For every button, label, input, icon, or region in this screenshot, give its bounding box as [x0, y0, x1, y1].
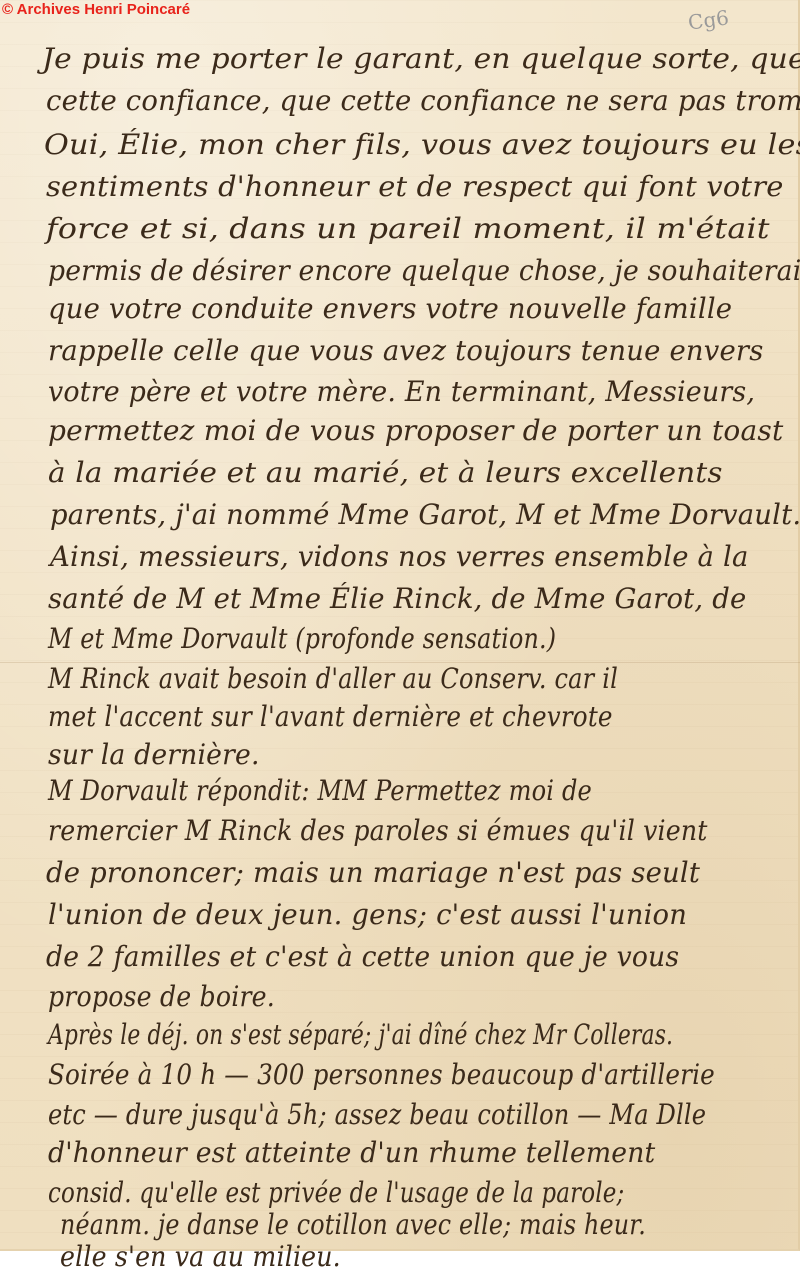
- text-line: votre père et votre mère. En terminant, …: [48, 375, 755, 408]
- text-line: sentiments d'honneur et de respect qui f…: [46, 170, 783, 203]
- handwritten-text: Je puis me porter le garant, en quelque …: [0, 0, 800, 1251]
- text-line: sur la dernière.: [48, 738, 260, 771]
- text-line: permis de désirer encore quelque chose, …: [48, 254, 800, 287]
- text-line: Après le déj. on s'est séparé; j'ai dîné…: [48, 1018, 673, 1051]
- text-line: de 2 familles et c'est à cette union que…: [46, 940, 679, 973]
- text-line: santé de M et Mme Élie Rinck, de Mme Gar…: [48, 582, 746, 615]
- text-line: permettez moi de vous proposer de porter…: [48, 414, 783, 447]
- text-line: l'union de deux jeun. gens; c'est aussi …: [48, 898, 687, 931]
- text-line: néanm. je danse le cotillon avec elle; m…: [60, 1208, 646, 1241]
- text-line: M Rinck avait besoin d'aller au Conserv.…: [48, 662, 618, 695]
- manuscript-page: © Archives Henri Poincaré Cg6 Je puis me…: [0, 0, 800, 1251]
- text-line: de prononcer; mais un mariage n'est pas …: [46, 856, 700, 889]
- text-line: etc — dure jusqu'à 5h; assez beau cotill…: [48, 1098, 706, 1131]
- text-line: elle s'en va au milieu.: [60, 1240, 341, 1251]
- text-line: rappelle celle que vous avez toujours te…: [48, 334, 764, 367]
- text-line: remercier M Rinck des paroles si émues q…: [48, 814, 708, 847]
- text-line: à la mariée et au marié, et à leurs exce…: [48, 456, 723, 489]
- text-line: consid. qu'elle est privée de l'usage de…: [48, 1176, 624, 1209]
- text-line: Oui, Élie, mon cher fils, vous avez touj…: [44, 128, 800, 161]
- text-line: que votre conduite envers votre nouvelle…: [48, 292, 732, 325]
- text-line: force et si, dans un pareil moment, il m…: [46, 212, 770, 245]
- text-line: Je puis me porter le garant, en quelque …: [42, 42, 800, 75]
- text-line: met l'accent sur l'avant dernière et che…: [48, 700, 613, 733]
- text-line: Ainsi, messieurs, vidons nos verres ense…: [50, 540, 749, 573]
- text-line: cette confiance, que cette confiance ne …: [46, 84, 800, 117]
- text-line: parents, j'ai nommé Mme Garot, M et Mme …: [50, 498, 800, 531]
- text-line: M Dorvault répondit: MM Permettez moi de: [48, 774, 592, 807]
- text-line: d'honneur est atteinte d'un rhume tellem…: [48, 1136, 655, 1169]
- text-line: propose de boire.: [48, 980, 275, 1013]
- text-line: Soirée à 10 h — 300 personnes beaucoup d…: [48, 1058, 715, 1091]
- text-line: M et Mme Dorvault (profonde sensation.): [48, 622, 556, 655]
